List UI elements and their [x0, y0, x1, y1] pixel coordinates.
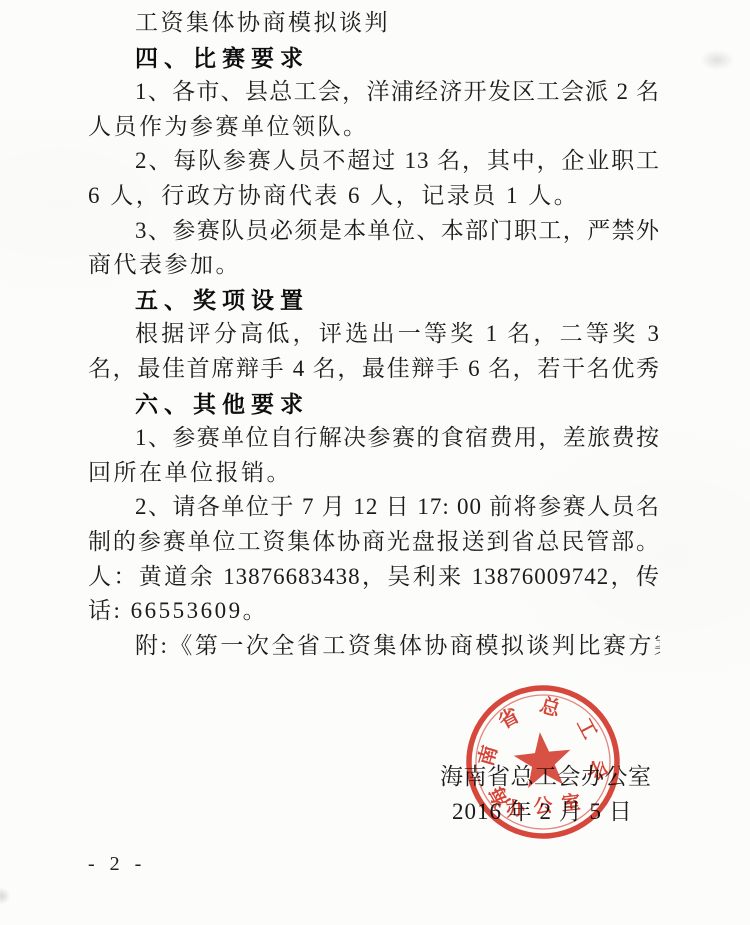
- text-line: 2、每队参赛人员不超过 13 名，其中，企业职工方协商代表: [88, 144, 660, 179]
- signature-date: 2016 年 2 月 5 日: [452, 793, 633, 826]
- scan-smudge-artifact: [700, 50, 734, 70]
- text-line: 回所在单位报销。: [88, 456, 660, 491]
- signature-organization: 海南省总工会办公室: [440, 758, 652, 791]
- document-body: 工资集体协商模拟谈判四、比赛要求1、各市、县总工会，洋浦经济开发区工会派 2 名…: [88, 6, 660, 663]
- page-number: - 2 -: [88, 853, 146, 876]
- text-line: 1、各市、县总工会，洋浦经济开发区工会派 2 名工作: [88, 75, 660, 110]
- text-line: 根据评分高低，评选出一等奖 1 名，二等奖 3 名，三等奖 5: [88, 317, 660, 352]
- text-line: 商代表参加。: [88, 248, 660, 283]
- scan-edge-artifact: [0, 888, 10, 904]
- text-line: 2、请各单位于 7 月 12 日 17: 00 前将参赛人员名单及录: [88, 490, 660, 525]
- section-heading: 四、比赛要求: [88, 41, 660, 76]
- text-line: 6 人，行政方协商代表 6 人，记录员 1 人。: [88, 179, 660, 214]
- text-line: 名，最佳首席辩手 4 名，最佳辩手 6 名，若干名优秀组织奖。: [88, 352, 660, 387]
- text-line: 话: 66553609。: [88, 594, 660, 629]
- section-heading: 六、其他要求: [88, 387, 660, 422]
- section-heading: 五、奖项设置: [88, 283, 660, 318]
- text-line: 工资集体协商模拟谈判: [88, 6, 660, 41]
- text-line: 3、参赛队员必须是本单位、本部门职工，严禁外聘协: [88, 214, 660, 249]
- text-line: 1、参赛单位自行解决参赛的食宿费用，差旅费按规定: [88, 421, 660, 456]
- text-line: 人员作为参赛单位领队。: [88, 110, 660, 145]
- scanned-document-page: 工资集体协商模拟谈判四、比赛要求1、各市、县总工会，洋浦经济开发区工会派 2 名…: [0, 0, 750, 925]
- text-line: 附:《第一次全省工资集体协商模拟谈判比赛方案》: [88, 629, 660, 664]
- text-line: 人：黄道余 13876683438，吴利来 13876009742，传真电: [88, 560, 660, 595]
- text-line: 制的参赛单位工资集体协商光盘报送到省总民管部。联系: [88, 525, 660, 560]
